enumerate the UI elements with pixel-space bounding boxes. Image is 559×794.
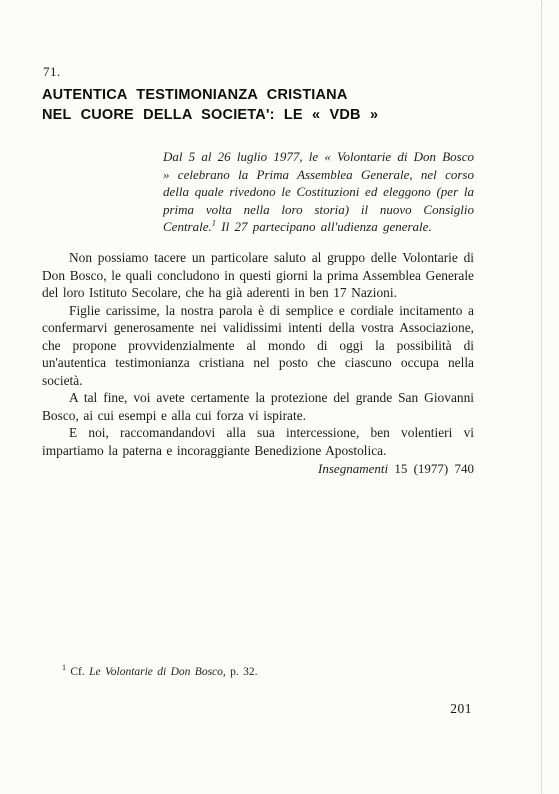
title-line-1: AUTENTICA TESTIMONIANZA CRISTIANA [42,87,348,103]
footnote-suffix: , p. 32. [223,666,258,678]
introductory-summary: Dal 5 al 26 luglio 1977, le « Volontarie… [163,148,474,236]
scanned-document-page: { "page": { "doc_number": "71.", "title"… [0,0,559,794]
source-attribution: Insegnamenti 15 (1977) 740 [42,459,474,477]
paragraph-3: A tal fine, voi avete certamente la prot… [42,389,474,424]
page-number: 201 [42,701,472,717]
paragraph-2: Figlie carissime, la nostra parola è di … [42,302,474,390]
paragraph-1: Non possiamo tacere un particolare salut… [42,249,474,302]
scan-edge-artifact [541,0,542,794]
title-line-2: NEL CUORE DELLA SOCIETA': LE « VDB » [42,107,378,123]
footnote-prefix: Cf. [66,666,89,678]
body-text: Non possiamo tacere un particolare salut… [42,249,474,477]
attribution-citation: 15 (1977) 740 [388,461,474,476]
footnote: 1 Cf. Le Volontarie di Don Bosco, p. 32. [42,666,474,678]
document-number: 71. [43,64,61,80]
footnote-work-title: Le Volontarie di Don Bosco [89,666,223,678]
paragraph-4: E noi, raccomandandovi alla sua interces… [42,424,474,459]
page-title: AUTENTICA TESTIMONIANZA CRISTIANANEL CUO… [42,86,378,125]
attribution-source-title: Insegnamenti [318,461,388,476]
summary-text-continued: Il 27 partecipano all'udienza generale. [216,219,432,234]
